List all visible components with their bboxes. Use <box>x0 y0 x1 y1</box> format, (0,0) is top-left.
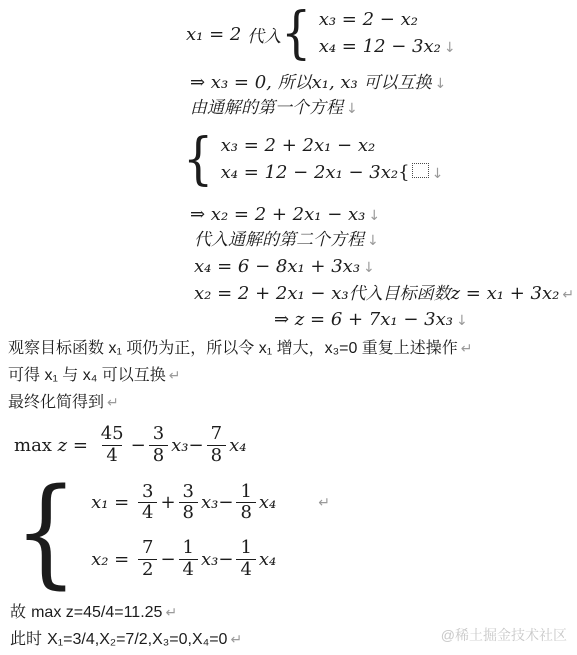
line-break-mark: ↓ <box>368 204 380 229</box>
fraction: 7 8 <box>207 424 226 466</box>
left-brace: { <box>183 132 213 188</box>
text-line-first-equation: 由通解的第一个方程 ↓ <box>190 96 358 122</box>
paragraph-mark: ↵ <box>165 601 177 626</box>
fraction: 3 8 <box>179 482 198 524</box>
chinese-italic-text: 可以互换 <box>364 71 432 96</box>
fraction-numerator: 3 <box>179 482 198 503</box>
fraction-numerator: 1 <box>179 538 198 559</box>
math-text: x₄ <box>229 435 246 456</box>
math-operator-text: − <box>218 549 233 570</box>
math-text: x₄ <box>259 549 276 570</box>
math-text: x₂ = <box>91 549 135 570</box>
text-line-second-equation: 代入通解的第二个方程 ↓ <box>194 228 379 254</box>
math-text: x₄ = 12 − 2x₁ − 3x₂ <box>221 160 399 185</box>
paragraph-mark: ↵ <box>562 283 574 308</box>
math-text: x₃ = 2 + 2x₁ − x₂ <box>221 133 376 158</box>
equation-system-final: { x₁ = 3 4 + 3 8 x₃ − 1 8 x₄ <box>14 472 330 590</box>
math-text: x₃ <box>201 492 218 513</box>
fraction-numerator: 45 <box>97 424 128 445</box>
paragraph-mark: ↵ <box>230 628 242 653</box>
line-break-mark: ↓ <box>367 229 379 254</box>
math-operator-text: − <box>218 492 233 513</box>
body-paragraph-simplify: 最终化简得到 ↵ <box>8 390 119 416</box>
fraction-numerator: 7 <box>207 424 226 445</box>
math-text: x₄ <box>259 492 276 513</box>
document-page: x₁ = 2 代入 { x₃ = 2 − x₂ x₄ = 12 − 3x₂ ↓ … <box>0 0 577 655</box>
math-text: x₂ = 2 + 2x₁ − x₃ <box>194 281 349 306</box>
fraction: 3 8 <box>149 424 168 466</box>
stray-brace: { <box>398 160 409 185</box>
equation-system: x₁ = 3 4 + 3 8 x₃ − 1 8 x₄ ↵ <box>91 482 330 581</box>
left-brace: { <box>281 6 311 62</box>
math-text: z = x₁ + 3x₂ <box>451 281 560 306</box>
equation-row-x2: x₂ = 7 2 − 1 4 x₃ − 1 4 x₄ <box>91 538 330 580</box>
fraction: 1 4 <box>236 538 255 580</box>
equation-line-max-z: max z = 45 4 − 3 8 x₃ − 7 8 x₄ <box>14 424 246 466</box>
equation-line-substitute-x1: x₁ = 2 代入 { x₃ = 2 − x₂ x₄ = 12 − 3x₂ ↓ <box>186 6 456 62</box>
equation-line-x2-solved: ⇒ x₂ = 2 + 2x₁ − x₃ ↓ <box>190 202 380 229</box>
latin-text: max z=45/4=11.25 <box>31 600 162 625</box>
line-break-mark: ↓ <box>456 309 468 334</box>
fraction-denominator: 8 <box>179 502 198 524</box>
math-text: ⇒ x₂ = 2 + 2x₁ − x₃ <box>190 202 365 227</box>
fraction-denominator: 8 <box>207 445 226 467</box>
fraction-denominator: 4 <box>236 559 255 581</box>
empty-equation-placeholder <box>412 163 429 178</box>
body-paragraph-observe: 观察目标函数 x₁ 项仍为正，所以令 x₁ 增大，x₃=0 重复上述操作 ↵ <box>8 336 473 362</box>
fraction: 45 4 <box>97 424 128 466</box>
equation-system-general-solution: { x₃ = 2 + 2x₁ − x₂ x₄ = 12 − 2x₁ − 3x₂ … <box>183 132 443 188</box>
paragraph-mark: ↵ <box>169 364 181 389</box>
equation-line-z-result: ⇒ z = 6 + 7x₁ − 3x₃ ↓ <box>274 307 468 334</box>
left-brace: { <box>14 472 78 590</box>
math-text: ⇒ x₃ = 0, <box>190 70 278 95</box>
math-operator-text: − <box>160 549 175 570</box>
fraction: 7 2 <box>138 538 157 580</box>
chinese-italic-text: 代入 <box>247 22 281 47</box>
line-break-mark: ↓ <box>432 162 444 187</box>
fraction: 3 4 <box>138 482 157 524</box>
fraction-numerator: 7 <box>138 538 157 559</box>
fraction-denominator: 4 <box>102 445 121 467</box>
fraction-numerator: 3 <box>149 424 168 445</box>
chinese-italic-text: 由通解的第一个方程 <box>190 96 343 121</box>
fraction-denominator: 4 <box>138 502 157 524</box>
chinese-text: 故 <box>10 599 31 624</box>
chinese-italic-text: 所以 <box>278 71 312 96</box>
math-text: z = <box>52 435 94 456</box>
equation-system: x₃ = 2 + 2x₁ − x₂ x₄ = 12 − 2x₁ − 3x₂ { … <box>221 133 444 187</box>
paragraph-mark: ↵ <box>107 391 119 416</box>
fraction-numerator: 1 <box>236 538 255 559</box>
math-text: x₃ = 2 − x₂ <box>319 7 418 32</box>
fraction-denominator: 8 <box>236 502 255 524</box>
body-text: 最终化简得到 <box>8 390 104 415</box>
math-operator-text: − <box>189 435 204 456</box>
fraction-denominator: 8 <box>149 445 168 467</box>
conclusion-line-variable-values: 此时 X₁=3/4,X₂=7/2,X₃=0,X₄=0 ↵ <box>10 626 242 653</box>
body-paragraph-swap: 可得 x₁ 与 x₄ 可以互换 ↵ <box>8 363 180 389</box>
line-break-mark: ↓ <box>363 256 375 281</box>
equation-line-x4: x₄ = 6 − 8x₁ + 3x₃ ↓ <box>194 254 375 281</box>
math-text: x₁ = 2 <box>186 24 247 45</box>
math-text: x₃ <box>171 435 188 456</box>
fraction-denominator: 4 <box>179 559 198 581</box>
paragraph-mark: ↵ <box>318 495 330 511</box>
math-operator-text: + <box>160 492 175 513</box>
line-break-mark: ↓ <box>444 36 456 61</box>
latin-text: X₁=3/4,X₂=7/2,X₃=0,X₄=0 <box>47 627 227 652</box>
fraction: 1 4 <box>179 538 198 580</box>
body-text: 观察目标函数 x₁ 项仍为正，所以令 x₁ 增大，x₃=0 重复上述操作 <box>8 336 458 361</box>
math-text: x₁, x₃ <box>312 70 364 95</box>
conclusion-line-max-value: 故 max z=45/4=11.25 ↵ <box>10 599 177 626</box>
fraction: 1 8 <box>236 482 255 524</box>
equation-line-objective-substitute: x₂ = 2 + 2x₁ − x₃ 代入目标函数 z = x₁ + 3x₂ ↵ <box>194 281 574 308</box>
math-text: x₄ = 6 − 8x₁ + 3x₃ <box>194 254 360 279</box>
math-text: x₄ = 12 − 3x₂ <box>319 34 441 59</box>
chinese-italic-text: 代入目标函数 <box>349 282 451 307</box>
math-text: ⇒ z = 6 + 7x₁ − 3x₃ <box>274 307 453 332</box>
line-break-mark: ↓ <box>435 72 447 97</box>
chinese-text: 此时 <box>10 626 47 651</box>
watermark: @稀土掘金技术社区 <box>441 625 567 645</box>
line-break-mark: ↓ <box>346 97 358 122</box>
equation-line-x3-zero: ⇒ x₃ = 0, 所以 x₁, x₃ 可以互换 ↓ <box>190 70 446 97</box>
equation-system: x₃ = 2 − x₂ x₄ = 12 − 3x₂ ↓ <box>319 7 456 61</box>
math-text: x₁ = <box>91 492 135 513</box>
paragraph-mark: ↵ <box>461 337 473 362</box>
fraction-denominator: 2 <box>138 559 157 581</box>
math-text: x₃ <box>201 549 218 570</box>
fraction-numerator: 3 <box>138 482 157 503</box>
math-operator-text: − <box>131 435 146 456</box>
equation-row-x1: x₁ = 3 4 + 3 8 x₃ − 1 8 x₄ ↵ <box>91 482 330 524</box>
math-operator-text: max <box>14 435 52 456</box>
body-text: 可得 x₁ 与 x₄ 可以互换 <box>8 363 166 388</box>
chinese-italic-text: 代入通解的第二个方程 <box>194 228 364 253</box>
fraction-numerator: 1 <box>236 482 255 503</box>
